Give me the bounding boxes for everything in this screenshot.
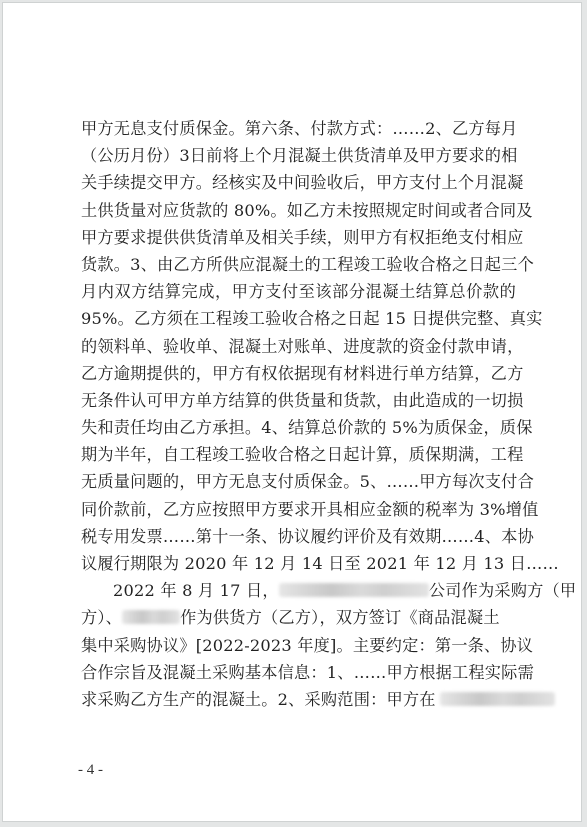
text-line: 期为半年，自工程竣工验收合格之日起计算，质保期满，工程 [81, 441, 516, 468]
text-line: （公历月份）3日前将上个月混凝土供货清单及甲方要求的相 [81, 142, 516, 169]
text-line: 2022 年 8 月 17 日，公司作为采购方（甲 [81, 577, 516, 604]
text-line: 失和责任均由乙方承担。4、结算总价款的 5%为质保金，质保 [81, 414, 516, 441]
text-line: 同价款前，乙方应按照甲方要求开具相应金额的税率为 3%增值 [81, 496, 516, 523]
text-line: 关手续提交甲方。经核实及中间验收后，甲方支付上个月混凝 [81, 169, 516, 196]
text-fragment: 公司作为采购方（甲 [429, 581, 577, 600]
document-page: 甲方无息支付质保金。第六条、付款方式：……2、乙方每月 （公历月份）3日前将上个… [2, 2, 582, 822]
redacted-company-name [279, 583, 429, 597]
text-line: 甲方要求提供供货清单及相关手续，则甲方有权拒绝支付相应 [81, 224, 516, 251]
page-number: - 4 - [78, 762, 103, 779]
text-line: 集中采购协议》[2022-2023 年度]。主要约定：第一条、协议 [81, 632, 516, 659]
date-text: 2022 年 8 月 17 日， [113, 581, 279, 600]
body-text: 甲方无息支付质保金。第六条、付款方式：……2、乙方每月 （公历月份）3日前将上个… [81, 115, 516, 713]
text-line: 月内双方结算完成，甲方支付至该部分混凝土结算总价款的 [81, 278, 516, 305]
text-line: 无质量问题的，甲方无息支付质保金。5、……甲方每次支付合 [81, 468, 516, 495]
text-fragment: 求采购乙方生产的混凝土。2、采购范围：甲方在 [81, 690, 436, 709]
text-line: 税专用发票……第十一条、协议履约评价及有效期……4、本协 [81, 523, 516, 550]
text-line: 无条件认可甲方单方结算的供货量和货款，由此造成的一切损 [81, 387, 516, 414]
redacted-supplier-name [122, 610, 180, 624]
text-line: 议履行期限为 2020 年 12 月 14 日至 2021 年 12 月 13 … [81, 550, 516, 577]
text-fragment: 作为供货方（乙方），双方签订《商品混凝土 [180, 608, 500, 627]
text-line: 的领料单、验收单、混凝土对账单、进度款的资金付款申请， [81, 333, 516, 360]
text-line: 方）、作为供货方（乙方），双方签订《商品混凝土 [81, 604, 516, 631]
text-line: 甲方无息支付质保金。第六条、付款方式：……2、乙方每月 [81, 115, 516, 142]
text-line: 95%。乙方须在工程竣工验收合格之日起 15 日提供完整、真实 [81, 305, 516, 332]
text-line: 合作宗旨及混凝土采购基本信息：1、……甲方根据工程实际需 [81, 659, 516, 686]
text-line: 货款。3、由乙方所供应混凝土的工程竣工验收合格之日起三个 [81, 251, 516, 278]
text-line: 求采购乙方生产的混凝土。2、采购范围：甲方在 [81, 686, 516, 713]
text-line: 土供货量对应货款的 80%。如乙方未按照规定时间或者合同及 [81, 197, 516, 224]
text-fragment: 方）、 [81, 608, 122, 627]
text-line: 乙方逾期提供的，甲方有权依据现有材料进行单方结算，乙方 [81, 360, 516, 387]
redacted-location [440, 692, 555, 706]
